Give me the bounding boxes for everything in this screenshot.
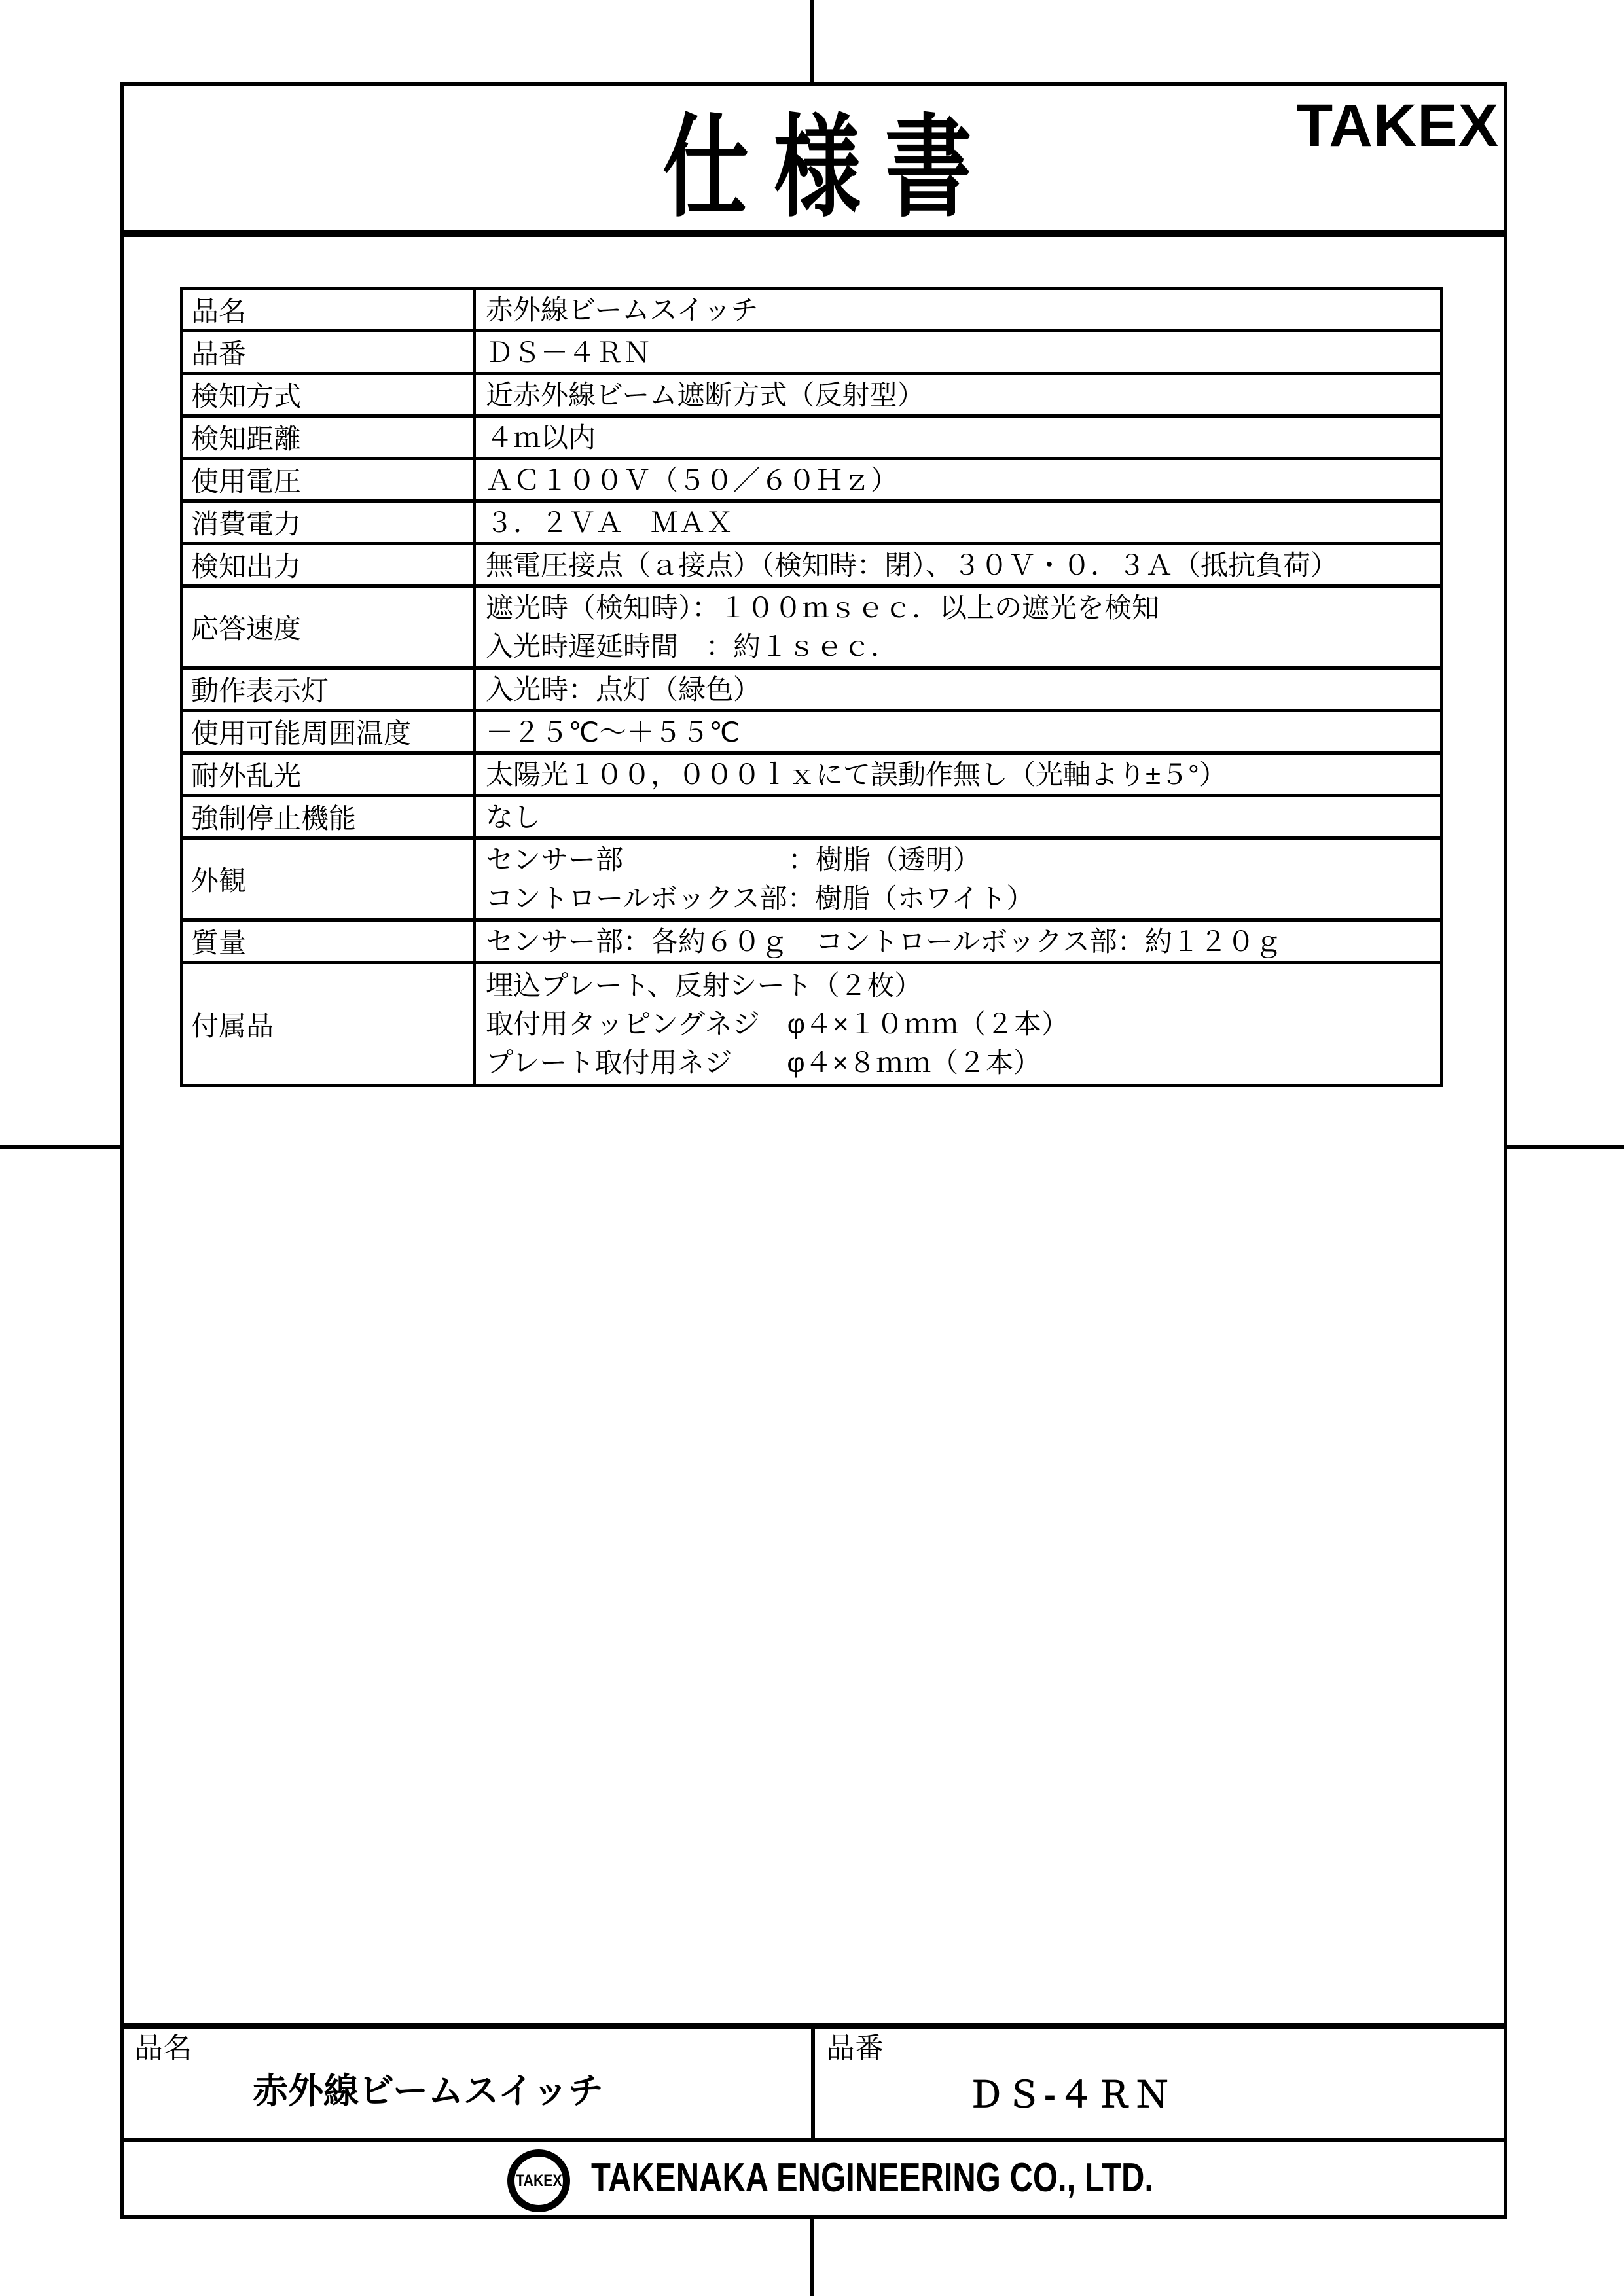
spec-row-value: ４ｍ以内 xyxy=(475,416,1442,459)
spec-row-label: 使用可能周囲温度 xyxy=(182,711,475,753)
spec-row-label: 応答速度 xyxy=(182,586,475,668)
spec-row-label: 付属品 xyxy=(182,963,475,1086)
product-number-label: 品番 xyxy=(826,2033,884,2064)
spec-row-value: なし xyxy=(475,796,1442,838)
spec-row-label: 耐外乱光 xyxy=(182,753,475,796)
spec-row-label: 品名 xyxy=(182,289,475,331)
spec-row-label: 消費電力 xyxy=(182,501,475,544)
spec-row: 外観センサー部 ：樹脂（透明） コントロールボックス部：樹脂（ホワイト） xyxy=(182,838,1442,920)
bottom-block-top-line xyxy=(120,2023,1507,2029)
crop-mark-bottom xyxy=(810,2219,814,2296)
spec-row-label: 質量 xyxy=(182,920,475,963)
spec-row-label: 強制停止機能 xyxy=(182,796,475,838)
spec-row-value: センサー部 ：樹脂（透明） コントロールボックス部：樹脂（ホワイト） xyxy=(475,838,1442,920)
spec-row-value: ＡＣ１００Ｖ（５０／６０Ｈｚ） xyxy=(475,459,1442,501)
spec-row: 応答速度遮光時（検知時）：１００ｍｓｅｃ．以上の遮光を検知 入光時遅延時間 ：約… xyxy=(182,586,1442,668)
spec-row: 品番ＤＳ－４ＲＮ xyxy=(182,331,1442,374)
spec-row-value: ＤＳ－４ＲＮ xyxy=(475,331,1442,374)
spec-table-body: 品名赤外線ビームスイッチ品番ＤＳ－４ＲＮ検知方式近赤外線ビーム遮断方式（反射型）… xyxy=(182,289,1442,1086)
company-name: TAKENAKA ENGINEERING CO., LTD. xyxy=(591,2142,1153,2215)
spec-row: 付属品埋込プレート、反射シート（２枚） 取付用タッピングネジ φ４×１０ｍｍ（２… xyxy=(182,963,1442,1086)
product-name-value: 赤外線ビームスイッチ xyxy=(124,2063,732,2113)
crop-mark-right xyxy=(1504,1145,1624,1149)
spec-row: 動作表示灯入光時：点灯（緑色） xyxy=(182,668,1442,711)
spec-row-label: 検知方式 xyxy=(182,374,475,416)
spec-row-value: ３．２ＶＡ ＭＡＸ xyxy=(475,501,1442,544)
spec-row: 検知方式近赤外線ビーム遮断方式（反射型） xyxy=(182,374,1442,416)
spec-row: 耐外乱光太陽光１００，０００ｌｘにて誤動作無し（光軸より±５°） xyxy=(182,753,1442,796)
crop-mark-top xyxy=(810,0,814,83)
spec-row-value: －２５℃～＋５５℃ xyxy=(475,711,1442,753)
takex-logo-icon: TAKEX xyxy=(507,2149,570,2212)
spec-sheet-page: { "header": { "title": "仕様書", "brand": "… xyxy=(0,0,1624,2296)
spec-row: 質量センサー部：各約６０ｇ コントロールボックス部：約１２０ｇ xyxy=(182,920,1442,963)
spec-row-label: 使用電圧 xyxy=(182,459,475,501)
spec-row-value: 埋込プレート、反射シート（２枚） 取付用タッピングネジ φ４×１０ｍｍ（２本） … xyxy=(475,963,1442,1086)
product-name-label: 品名 xyxy=(134,2033,192,2064)
spec-row-value: センサー部：各約６０ｇ コントロールボックス部：約１２０ｇ xyxy=(475,920,1442,963)
spec-row-label: 検知出力 xyxy=(182,544,475,586)
spec-row-label: 検知距離 xyxy=(182,416,475,459)
spec-row-label: 外観 xyxy=(182,838,475,920)
spec-row-value: 無電圧接点（ａ接点）（検知時：閉）、３０Ｖ・０．３Ａ（抵抗負荷） xyxy=(475,544,1442,586)
spec-row: 検知出力無電圧接点（ａ接点）（検知時：閉）、３０Ｖ・０．３Ａ（抵抗負荷） xyxy=(182,544,1442,586)
spec-row-value: 遮光時（検知時）：１００ｍｓｅｃ．以上の遮光を検知 入光時遅延時間 ：約１ｓｅｃ… xyxy=(475,586,1442,668)
spec-row: 使用電圧ＡＣ１００Ｖ（５０／６０Ｈｚ） xyxy=(182,459,1442,501)
spec-row-label: 品番 xyxy=(182,331,475,374)
spec-row-value: 太陽光１００，０００ｌｘにて誤動作無し（光軸より±５°） xyxy=(475,753,1442,796)
spec-table: 品名赤外線ビームスイッチ品番ＤＳ－４ＲＮ検知方式近赤外線ビーム遮断方式（反射型）… xyxy=(180,287,1443,1087)
product-number-value: ＤＳ-４ＲＮ xyxy=(815,2067,1326,2117)
spec-row: 使用可能周囲温度－２５℃～＋５５℃ xyxy=(182,711,1442,753)
spec-row: 強制停止機能なし xyxy=(182,796,1442,838)
spec-row-value: 入光時：点灯（緑色） xyxy=(475,668,1442,711)
spec-row-value: 赤外線ビームスイッチ xyxy=(475,289,1442,331)
brand-logotype: TAKEX xyxy=(1296,96,1499,156)
crop-mark-left xyxy=(0,1145,120,1149)
spec-row: 消費電力３．２ＶＡ ＭＡＸ xyxy=(182,501,1442,544)
spec-row-value: 近赤外線ビーム遮断方式（反射型） xyxy=(475,374,1442,416)
spec-row: 検知距離４ｍ以内 xyxy=(182,416,1442,459)
title-divider-line xyxy=(120,230,1507,237)
spec-row: 品名赤外線ビームスイッチ xyxy=(182,289,1442,331)
spec-row-label: 動作表示灯 xyxy=(182,668,475,711)
takex-logo-text: TAKEX xyxy=(516,2172,562,2191)
page-title: 仕様書 xyxy=(662,78,996,238)
